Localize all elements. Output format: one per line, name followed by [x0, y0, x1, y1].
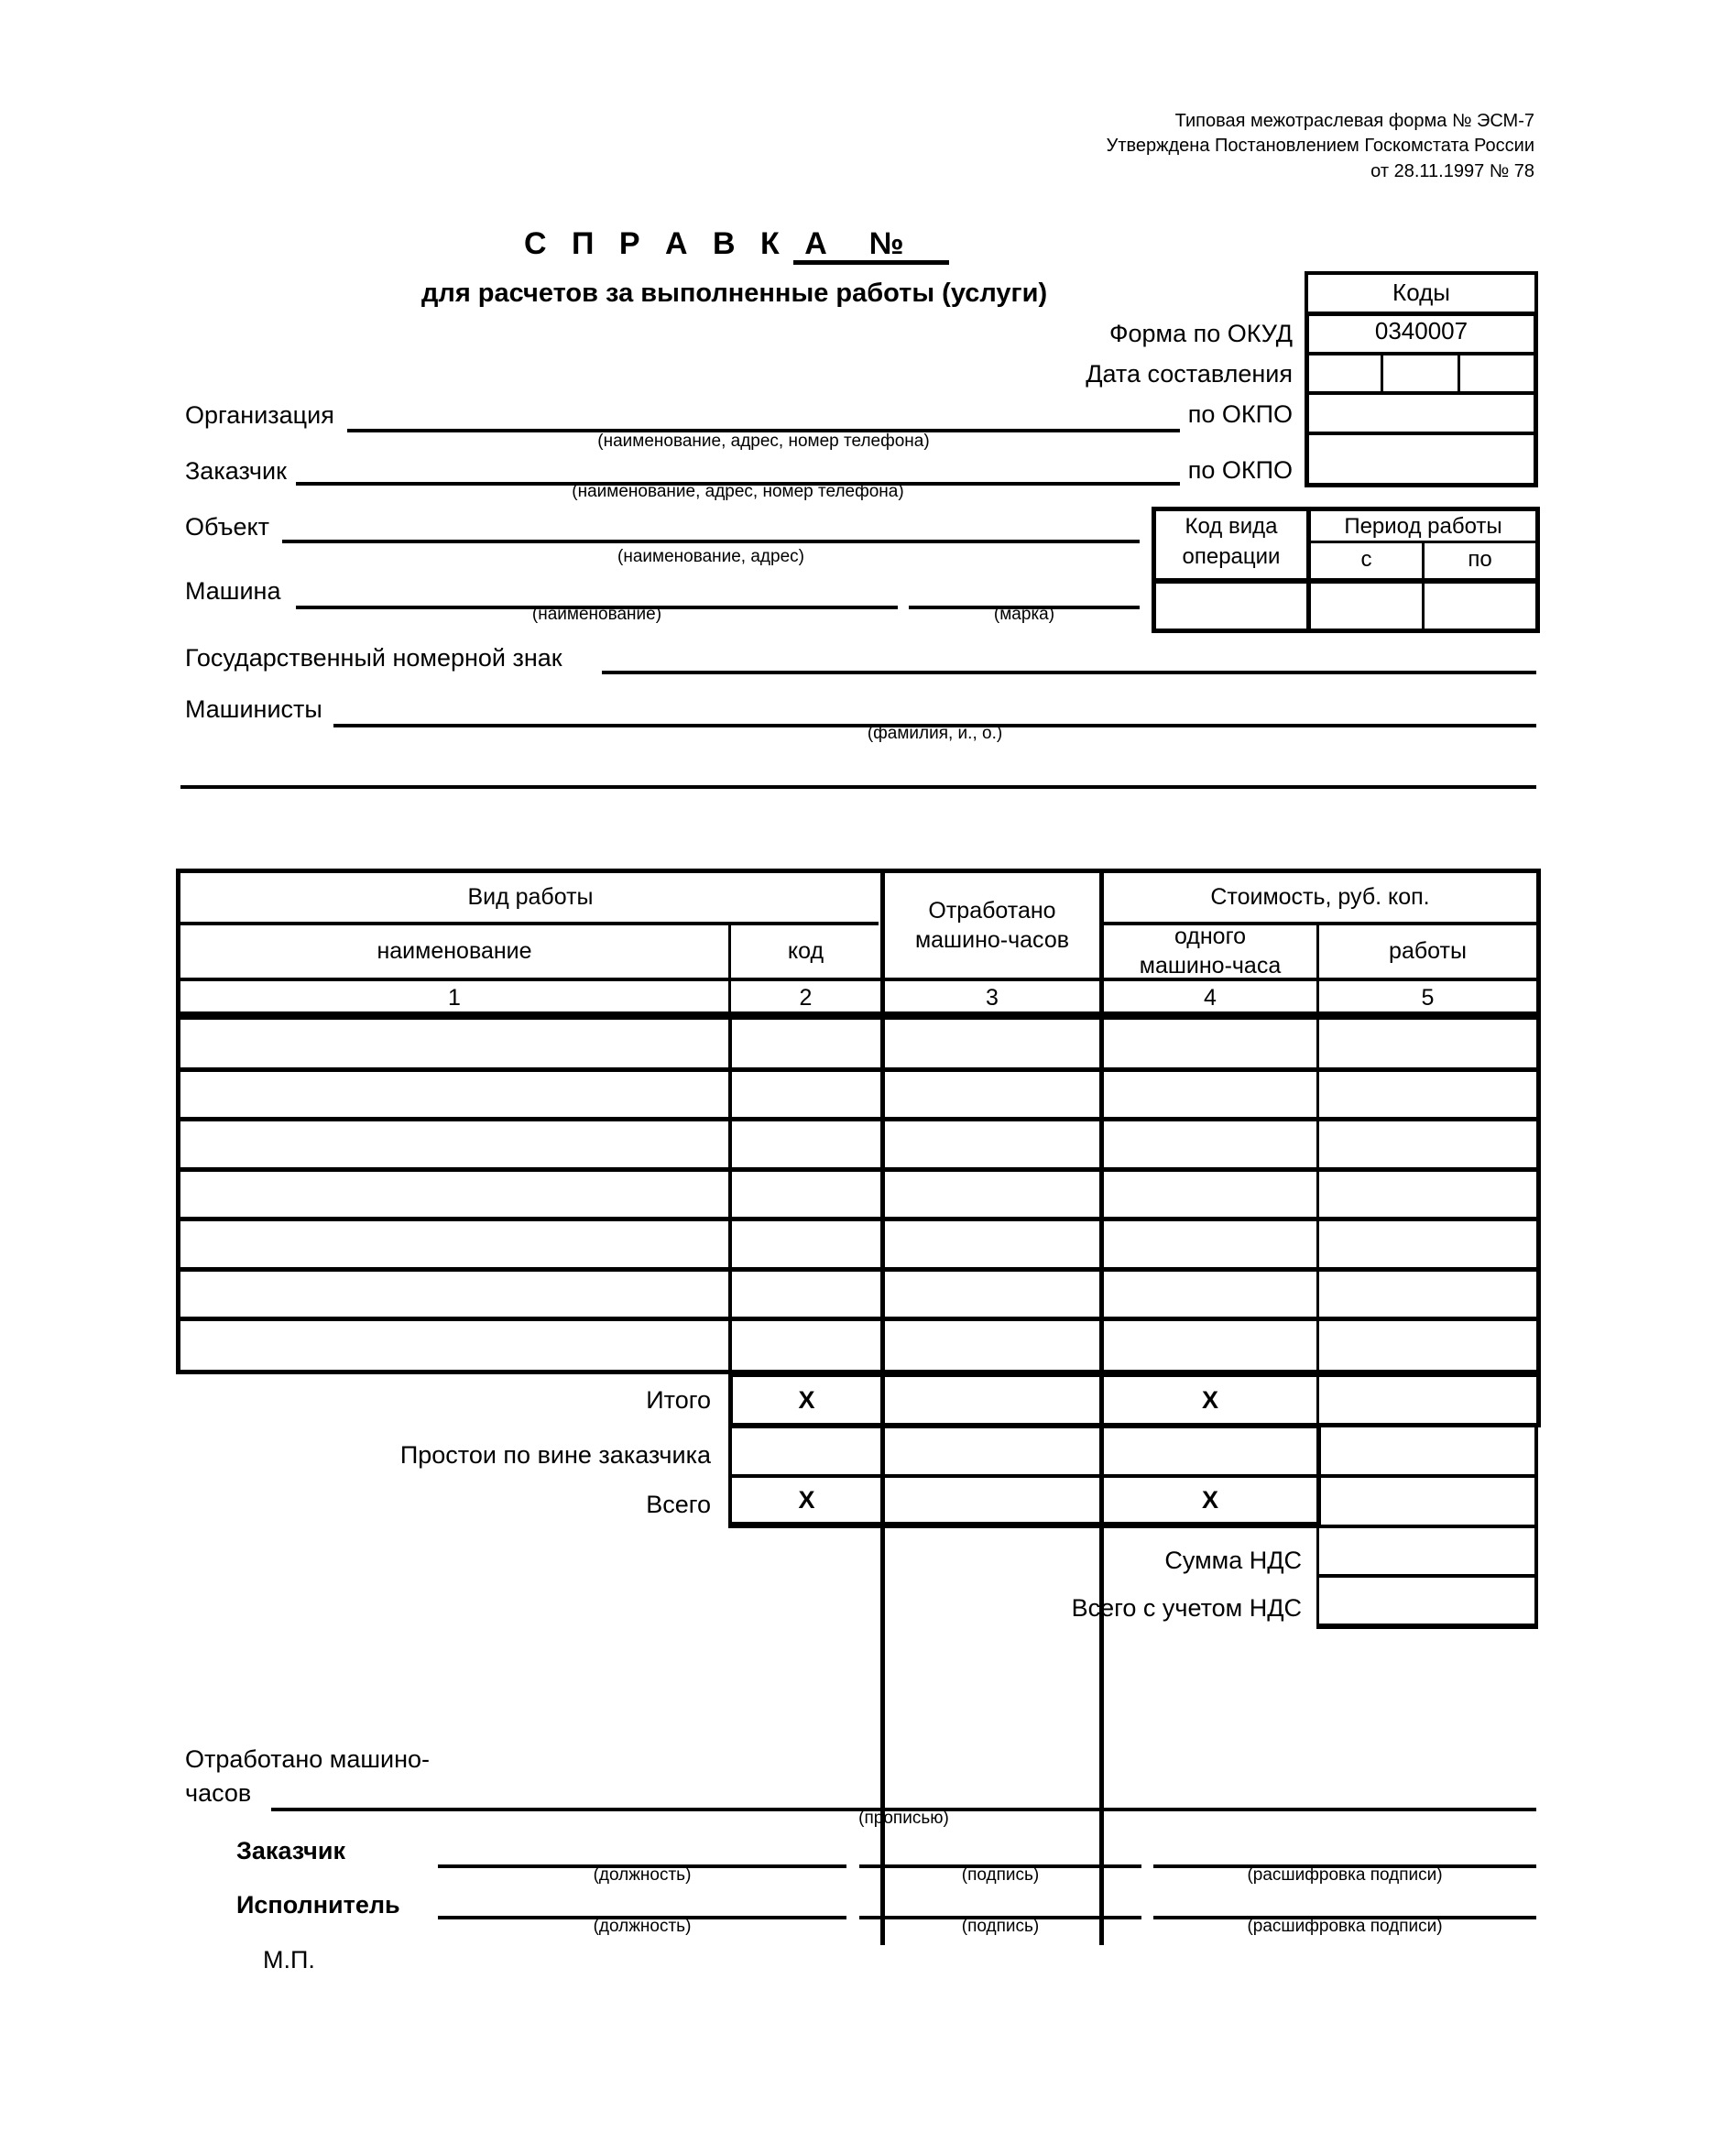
table-cell-r2-c3[interactable]: [885, 1072, 1099, 1117]
organization-label: Организация: [185, 403, 334, 428]
table-cell-r4-c4[interactable]: [1104, 1172, 1316, 1217]
date-divider: [1381, 354, 1383, 393]
itogo-label: Итого: [646, 1388, 711, 1413]
plate-underline: [602, 671, 1536, 674]
col-number-5: 5: [1319, 981, 1536, 1014]
header-cost: Стоимость, руб. коп.: [1104, 873, 1536, 922]
date-month-input[interactable]: [1384, 356, 1456, 391]
executor-signature-input[interactable]: [859, 1886, 1141, 1916]
vsego-total-input[interactable]: [1319, 1478, 1536, 1524]
machine-name-input[interactable]: [296, 575, 898, 605]
stamp-placeholder: М.П.: [263, 1948, 315, 1973]
table-cell-r2-c1[interactable]: [181, 1072, 728, 1117]
footer-hours-words-input[interactable]: [271, 1777, 1536, 1809]
table-cell-r5-c3[interactable]: [885, 1221, 1099, 1266]
header-unit-cost: одного машино-часа: [1104, 925, 1316, 978]
customer-position-hint: (должность): [438, 1866, 846, 1884]
date-divider: [1458, 354, 1460, 393]
object-input[interactable]: [282, 509, 1140, 539]
downtime-code-input[interactable]: [733, 1428, 880, 1474]
organization-hint: (наименование, адрес, номер телефона): [347, 432, 1180, 450]
codes-divider: [1305, 391, 1538, 395]
document-subtitle: для расчетов за выполненные работы (услу…: [421, 280, 1047, 307]
period-label: Период работы: [1311, 516, 1535, 538]
table-cell-r3-c3[interactable]: [885, 1121, 1099, 1166]
table-cell-r3-c4[interactable]: [1104, 1121, 1316, 1166]
customer-label: Заказчик: [185, 459, 287, 484]
okpo-customer-label: по ОКПО: [1188, 458, 1293, 483]
total-vat-label: Всего с учетом НДС: [1072, 1596, 1302, 1621]
op-code-label: Код вида: [1156, 516, 1306, 538]
downtime-total-input[interactable]: [1319, 1428, 1536, 1474]
table-cell-r7-c4[interactable]: [1104, 1321, 1316, 1366]
organization-input[interactable]: [347, 399, 1180, 429]
col-number-3: 3: [885, 981, 1099, 1014]
customer-input[interactable]: [296, 453, 1180, 482]
itogo-code-x: X: [733, 1377, 880, 1425]
plate-label: Государственный номерной знак: [185, 646, 562, 671]
table-cell-r1-c5[interactable]: [1319, 1022, 1536, 1066]
period-from-input[interactable]: [1311, 585, 1422, 629]
header-unit-line1: одного: [1174, 923, 1246, 951]
op-code-label-2: операции: [1156, 546, 1306, 568]
table-cell-r4-c5[interactable]: [1319, 1172, 1536, 1217]
customer-hint: (наименование, адрес, номер телефона): [296, 483, 1180, 500]
table-cell-r1-c3[interactable]: [885, 1022, 1099, 1066]
table-cell-r6-c3[interactable]: [885, 1272, 1099, 1317]
period-from-label: с: [1311, 549, 1422, 571]
executor-position-hint: (должность): [438, 1918, 846, 1935]
downtime-unit-input[interactable]: [1104, 1428, 1316, 1474]
title-number-underline: [793, 260, 949, 265]
customer-decoding-hint: (расшифровка подписи): [1153, 1866, 1536, 1884]
header-hours-line1: Отработано: [928, 896, 1055, 926]
footer-executor-label: Исполнитель: [236, 1893, 400, 1918]
table-cell-r4-c1[interactable]: [181, 1172, 728, 1217]
vsego-code-x: X: [733, 1478, 880, 1524]
header-work-type: Вид работы: [180, 873, 880, 922]
table-cell-r2-c2[interactable]: [732, 1072, 880, 1117]
executor-position-input[interactable]: [438, 1886, 846, 1916]
table-cell-r4-c2[interactable]: [732, 1172, 880, 1217]
operation-box-divider: [1152, 578, 1540, 584]
header-code: код: [731, 925, 880, 978]
footer-customer-label: Заказчик: [236, 1839, 345, 1864]
table-cell-r2-c5[interactable]: [1319, 1072, 1536, 1117]
codes-divider: [1305, 432, 1538, 435]
executor-signature-hint: (подпись): [859, 1918, 1141, 1935]
itogo-total-input[interactable]: [1319, 1377, 1536, 1425]
okud-label: Форма по ОКУД: [1109, 322, 1293, 346]
downtime-label: Простои по вине заказчика: [400, 1443, 711, 1468]
okud-value: 0340007: [1305, 319, 1538, 343]
table-cell-r5-c1[interactable]: [181, 1221, 728, 1266]
table-cell-r7-c5[interactable]: [1319, 1321, 1536, 1366]
object-label: Объект: [185, 515, 269, 540]
footer-hours-label: Отработано машино-: [185, 1747, 430, 1772]
okpo-org-input[interactable]: [1310, 396, 1534, 431]
codes-header: Коды: [1305, 280, 1538, 304]
header-unit-line2: машино-часа: [1140, 952, 1281, 980]
machine-name-hint: (наименование): [296, 606, 898, 623]
table-cell-r7-c3[interactable]: [885, 1321, 1099, 1366]
machine-brand-input[interactable]: [909, 575, 1140, 605]
machine-brand-hint: (марка): [909, 606, 1140, 623]
object-hint: (наименование, адрес): [282, 548, 1140, 565]
document-number-input[interactable]: [793, 229, 949, 260]
table-cell-r1-c1[interactable]: [181, 1022, 728, 1066]
col-number-4: 4: [1104, 981, 1316, 1014]
col-number-2: 2: [731, 981, 880, 1014]
header-hours: Отработано машино-часов: [885, 873, 1099, 978]
operators-hint: (фамилия, и., о.): [333, 725, 1536, 742]
plate-input[interactable]: [602, 640, 1536, 670]
table-cell-r7-c2[interactable]: [732, 1321, 880, 1366]
customer-signature-hint: (подпись): [859, 1866, 1141, 1884]
header-total-cost: работы: [1319, 925, 1536, 978]
approved-date: от 28.11.1997 № 78: [1370, 162, 1534, 180]
footer-hours-hint: (прописью): [271, 1810, 1536, 1827]
table-cell-r1-c2[interactable]: [732, 1022, 880, 1066]
table-cell-r5-c4[interactable]: [1104, 1221, 1316, 1266]
date-label: Дата составления: [1086, 362, 1293, 387]
period-divider: [1311, 541, 1540, 543]
operators-label: Машинисты: [185, 697, 322, 722]
vsego-label: Всего: [646, 1492, 711, 1517]
footer-hours-label-2: часов: [185, 1781, 251, 1806]
col-divider: [880, 1372, 883, 1527]
executor-decoding-hint: (расшифровка подписи): [1153, 1918, 1536, 1935]
table-cell-r3-c1[interactable]: [181, 1121, 728, 1166]
table-cell-r3-c2[interactable]: [732, 1121, 880, 1166]
table-cell-r5-c5[interactable]: [1319, 1221, 1536, 1266]
vsego-unit-x: X: [1104, 1478, 1316, 1524]
table-cell-r6-c2[interactable]: [732, 1272, 880, 1317]
okpo-customer-input[interactable]: [1310, 437, 1534, 483]
executor-decoding-input[interactable]: [1153, 1886, 1536, 1916]
table-cell-r2-c4[interactable]: [1104, 1072, 1316, 1117]
downtime-hours-input[interactable]: [885, 1428, 1099, 1474]
operators-extra-input[interactable]: [180, 753, 1536, 784]
approved-by: Утверждена Постановлением Госкомстата Ро…: [1107, 137, 1534, 155]
itogo-hours-input[interactable]: [885, 1377, 1099, 1425]
vsego-hours-input[interactable]: [885, 1478, 1099, 1524]
period-to-label: по: [1425, 549, 1535, 571]
table-cell-r1-c4[interactable]: [1104, 1022, 1316, 1066]
table-cell-r3-c5[interactable]: [1319, 1121, 1536, 1166]
table-cell-r6-c4[interactable]: [1104, 1272, 1316, 1317]
customer-position-input[interactable]: [438, 1835, 846, 1864]
period-to-input[interactable]: [1425, 585, 1535, 629]
op-code-input[interactable]: [1156, 585, 1306, 629]
table-cell-r5-c2[interactable]: [732, 1221, 880, 1266]
table-cell-r7-c1[interactable]: [181, 1321, 728, 1366]
customer-decoding-input[interactable]: [1153, 1835, 1536, 1864]
customer-signature-input[interactable]: [859, 1835, 1141, 1864]
col-number-1: 1: [180, 981, 728, 1014]
header-hours-line2: машино-часов: [915, 925, 1069, 956]
codes-divider: [1305, 352, 1538, 355]
totals-bottom: [1316, 1624, 1538, 1629]
vat-label: Сумма НДС: [1164, 1548, 1302, 1573]
object-underline: [282, 540, 1140, 543]
form-type: Типовая межотраслевая форма № ЭСМ-7: [1175, 112, 1534, 130]
date-year-input[interactable]: [1461, 356, 1533, 391]
okpo-org-label: по ОКПО: [1188, 402, 1293, 427]
operators-input[interactable]: [333, 694, 1536, 723]
date-day-input[interactable]: [1310, 356, 1380, 391]
table-cell-r4-c3[interactable]: [885, 1172, 1099, 1217]
header-name: наименование: [180, 925, 728, 978]
itogo-unit-x: X: [1104, 1377, 1316, 1425]
operators-extra-underline: [180, 785, 1536, 789]
machine-label: Машина: [185, 579, 280, 604]
table-cell-r6-c1[interactable]: [181, 1272, 728, 1317]
table-cell-r6-c5[interactable]: [1319, 1272, 1536, 1317]
vat-input[interactable]: [1320, 1528, 1534, 1574]
total-vat-input[interactable]: [1320, 1578, 1534, 1624]
